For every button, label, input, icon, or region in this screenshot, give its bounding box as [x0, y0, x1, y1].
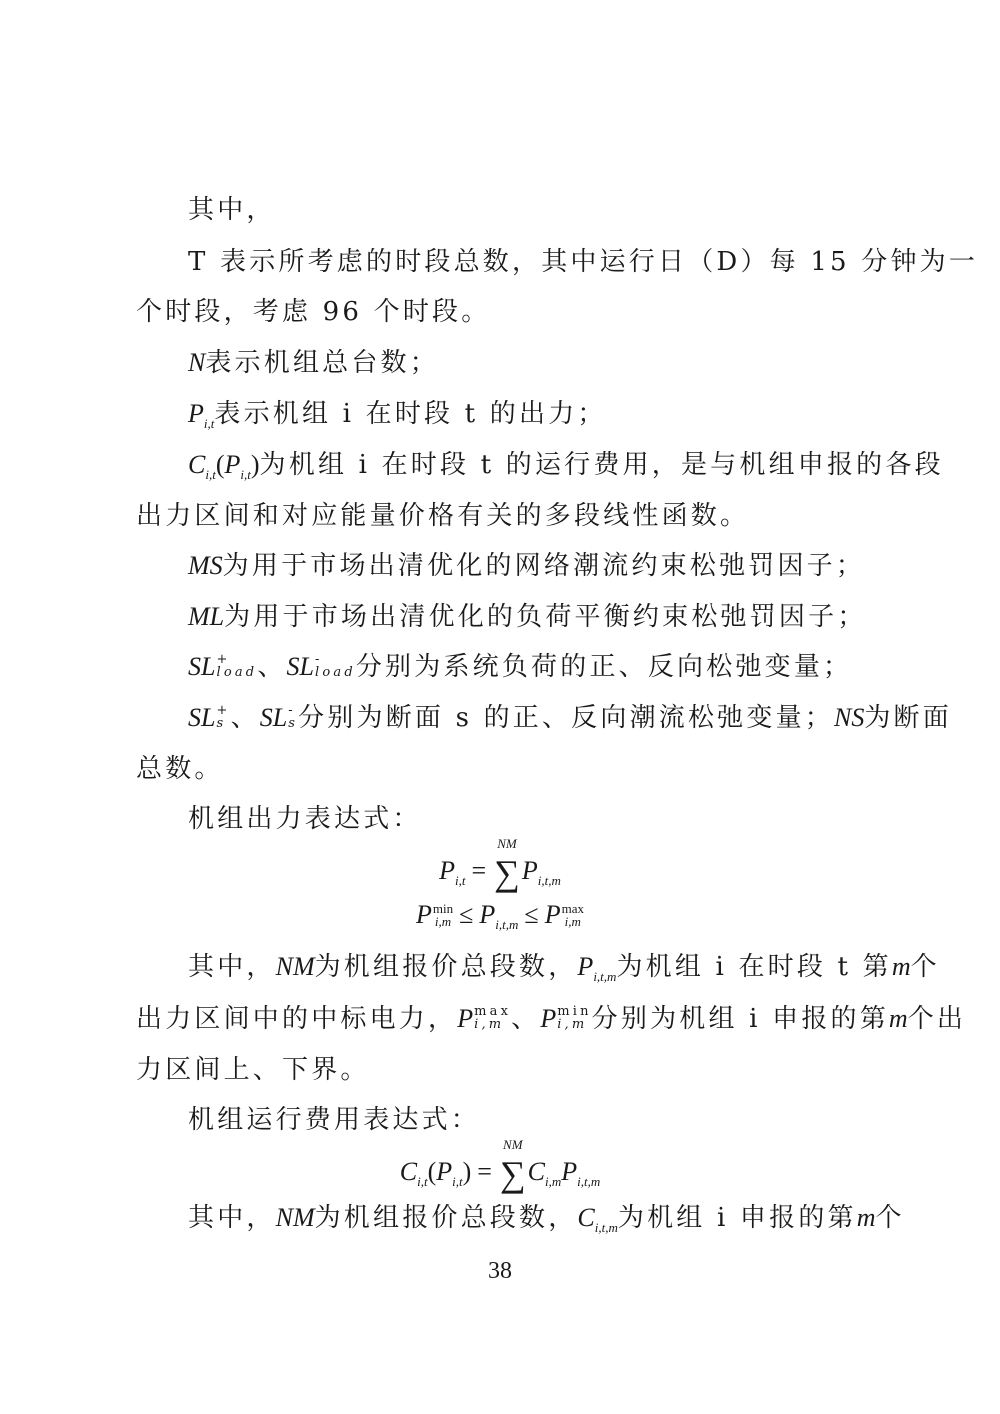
paragraph-sl-load-definition: SL+load、SL-load分别为系统负荷的正、反向松弛变量； [188, 650, 933, 684]
paragraph-sl-s-definition-cont: 总数。 [136, 752, 881, 786]
subscript: load [315, 666, 356, 679]
text: 表示机组总台数； [205, 348, 439, 378]
text: 分别为断面 s 的正、反向潮流松弛变量； [298, 703, 834, 733]
symbol-p-min: P [540, 1004, 556, 1033]
subscript: i,t,m [577, 1174, 600, 1189]
subscript: i,m [545, 1174, 561, 1189]
subscript: i,t [417, 1174, 427, 1189]
subscript: i,t,m [495, 917, 518, 932]
eq-term: C [400, 1157, 417, 1186]
paragraph-intro: 其中， [188, 193, 933, 227]
symbol-p-min-scripts: mini,m [557, 1005, 591, 1031]
symbol-p: P [577, 952, 593, 981]
eq-rhs-subscript: i,t,m [538, 873, 561, 888]
eq-scripts: maxi,m [562, 902, 584, 928]
eq-term: P [545, 900, 561, 929]
eq-lhs-subscript: i,t [455, 873, 465, 888]
subscript: i,m [562, 915, 584, 928]
summation-icon: NM∑ [494, 852, 520, 894]
text: 为机组 i 申报的第 [618, 1203, 857, 1233]
paragraph-ml-definition: ML为用于市场出清优化的负荷平衡约束松弛罚因子； [188, 600, 933, 634]
text: 出力区间和对应能量价格有关的多段线性函数。 [136, 501, 749, 531]
text: 机组出力表达式： [188, 804, 422, 834]
symbol-m: m [889, 1004, 908, 1033]
symbol-c: C [188, 450, 205, 479]
symbol-p-subscript: i,t [240, 467, 250, 482]
leq-sign: ≤ [459, 900, 473, 929]
symbol-sl-plus-scripts: +s [216, 704, 230, 730]
symbol-p-subscript: i,t [204, 416, 214, 431]
symbol-sl-plus-scripts: +load [216, 653, 257, 679]
paragraph-nm-definition-cont2: 力区间上、下界。 [136, 1053, 881, 1087]
page-number: 38 [0, 1258, 1000, 1285]
heading-cost-expression: 机组运行费用表达式： [188, 1103, 933, 1137]
symbol-n: N [188, 348, 205, 377]
symbol-sl-minus: SL [260, 703, 287, 732]
symbol-ml: ML [188, 602, 224, 631]
text: 分别为系统负荷的正、反向松弛变量； [356, 652, 852, 682]
paragraph-p-definition: Pi,t表示机组 i 在时段 t 的出力； [188, 397, 933, 435]
subscript: load [216, 666, 257, 679]
symbol-p-max-scripts: maxi,m [474, 1005, 511, 1031]
symbol-sl-plus: SL [188, 703, 215, 732]
subscript: i,m [433, 915, 453, 928]
eq-term: C [528, 1157, 545, 1186]
subscript: i,t,m [593, 969, 616, 984]
text: 其中， [188, 1203, 276, 1233]
text: 个时段，考虑 96 个时段。 [136, 297, 490, 327]
leq-sign: ≤ [524, 900, 538, 929]
text: T 表示所考虑的时段总数，其中运行日（D）每 15 分钟为一 [188, 247, 978, 277]
symbol-ns: NS [834, 703, 864, 732]
equals-sign: = [477, 1157, 492, 1186]
subscript: i,t,m [595, 1220, 618, 1235]
paragraph-cost-nm-definition: 其中，NM为机组报价总段数，Ci,t,m为机组 i 申报的第m个 [188, 1201, 933, 1239]
eq-term: P [479, 900, 495, 929]
equals-sign: = [472, 856, 487, 885]
text: 为机组 i 在时段 t 第 [616, 952, 891, 982]
symbol-p: P [188, 399, 204, 428]
text: 分别为机组 i 申报的第 [592, 1004, 889, 1034]
paragraph-nm-definition-cont: 出力区间中的中标电力，Pmaxi,m、Pmini,m分别为机组 i 申报的第m个… [136, 1002, 881, 1036]
text: 其中， [188, 195, 276, 225]
symbol-c: C [577, 1203, 594, 1232]
paragraph-sl-s-definition: SL+s、SL-s分别为断面 s 的正、反向潮流松弛变量；NS为断面 [188, 701, 933, 735]
text: 为断面 [864, 703, 952, 733]
paragraph-nm-definition: 其中，NM为机组报价总段数，Pi,t,m为机组 i 在时段 t 第m个 [188, 950, 933, 988]
symbol-nm: NM [276, 952, 315, 981]
sum-limit: NM [497, 836, 517, 852]
symbol-ms: MS [188, 551, 223, 580]
subscript: i,m [557, 1018, 591, 1031]
separator: 、 [511, 1004, 540, 1034]
text: 个 [876, 1203, 905, 1233]
subscript: i,t [452, 1174, 462, 1189]
separator: 、 [231, 703, 260, 733]
text: 其中， [188, 952, 276, 982]
subscript: s [288, 717, 298, 730]
symbol-p-max: P [457, 1004, 473, 1033]
eq-term: P [436, 1157, 452, 1186]
eq-term: P [416, 900, 432, 929]
sigma: ∑ [494, 853, 520, 893]
paren: ( [428, 1157, 437, 1186]
text: 出力区间中的中标电力， [136, 1004, 457, 1034]
eq-scripts: mini,m [433, 902, 453, 928]
text: 为用于市场出清优化的负荷平衡约束松弛罚因子； [224, 602, 866, 632]
subscript: s [216, 717, 230, 730]
paragraph-ms-definition: MS为用于市场出清优化的网络潮流约束松弛罚因子； [188, 549, 933, 583]
symbol-p: P [225, 450, 241, 479]
paragraph-t-definition: T 表示所考虑的时段总数，其中运行日（D）每 15 分钟为一 [188, 245, 933, 279]
sum-limit: NM [503, 1137, 523, 1153]
sigma: ∑ [500, 1154, 526, 1194]
separator: 、 [257, 652, 286, 682]
paragraph-n-definition: N表示机组总台数； [188, 346, 933, 380]
symbol-sl-plus: SL [188, 652, 215, 681]
text: 为用于市场出清优化的网络潮流约束松弛罚因子； [223, 551, 865, 581]
paragraph-c-definition: Ci,t(Pi,t)为机组 i 在时段 t 的运行费用，是与机组申报的各段 [188, 448, 933, 486]
text: 为机组 i 在时段 t 的运行费用，是与机组申报的各段 [260, 450, 944, 480]
symbol-sl-minus: SL [287, 652, 314, 681]
text: 为机组报价总段数， [315, 952, 578, 982]
symbol-nm: NM [276, 1203, 315, 1232]
summation-icon: NM∑ [500, 1153, 526, 1195]
symbol-sl-minus-scripts: -load [315, 653, 356, 679]
equation-cost-sum: Ci,t(Pi,t)=NM∑Ci,mPi,t,m [0, 1153, 1000, 1195]
symbol-c-subscript: i,t [205, 467, 215, 482]
paragraph-t-definition-cont: 个时段，考虑 96 个时段。 [136, 295, 881, 329]
text: 总数。 [136, 754, 224, 784]
eq-lhs: P [439, 856, 455, 885]
text: 个 [911, 952, 940, 982]
symbol-sl-minus-scripts: -s [288, 704, 298, 730]
text: 力区间上、下界。 [136, 1055, 370, 1085]
text: 个出 [908, 1004, 966, 1034]
equation-output-sum: Pi,t=NM∑Pi,t,m [0, 852, 1000, 894]
text: 为机组报价总段数， [315, 1203, 578, 1233]
symbol-m: m [857, 1203, 876, 1232]
equation-output-bounds: Pmini,m≤Pi,t,m≤Pmaxi,m [0, 900, 1000, 930]
document-page: 其中， T 表示所考虑的时段总数，其中运行日（D）每 15 分钟为一 个时段，考… [0, 0, 1000, 1414]
text: 机组运行费用表达式： [188, 1105, 480, 1135]
paren: ) [463, 1157, 472, 1186]
subscript: i,m [474, 1018, 511, 1031]
symbol-m: m [892, 952, 911, 981]
eq-rhs: P [522, 856, 538, 885]
paragraph-c-definition-cont: 出力区间和对应能量价格有关的多段线性函数。 [136, 499, 881, 533]
eq-term: P [561, 1157, 577, 1186]
heading-output-expression: 机组出力表达式： [188, 802, 933, 836]
text: 表示机组 i 在时段 t 的出力； [214, 399, 606, 429]
